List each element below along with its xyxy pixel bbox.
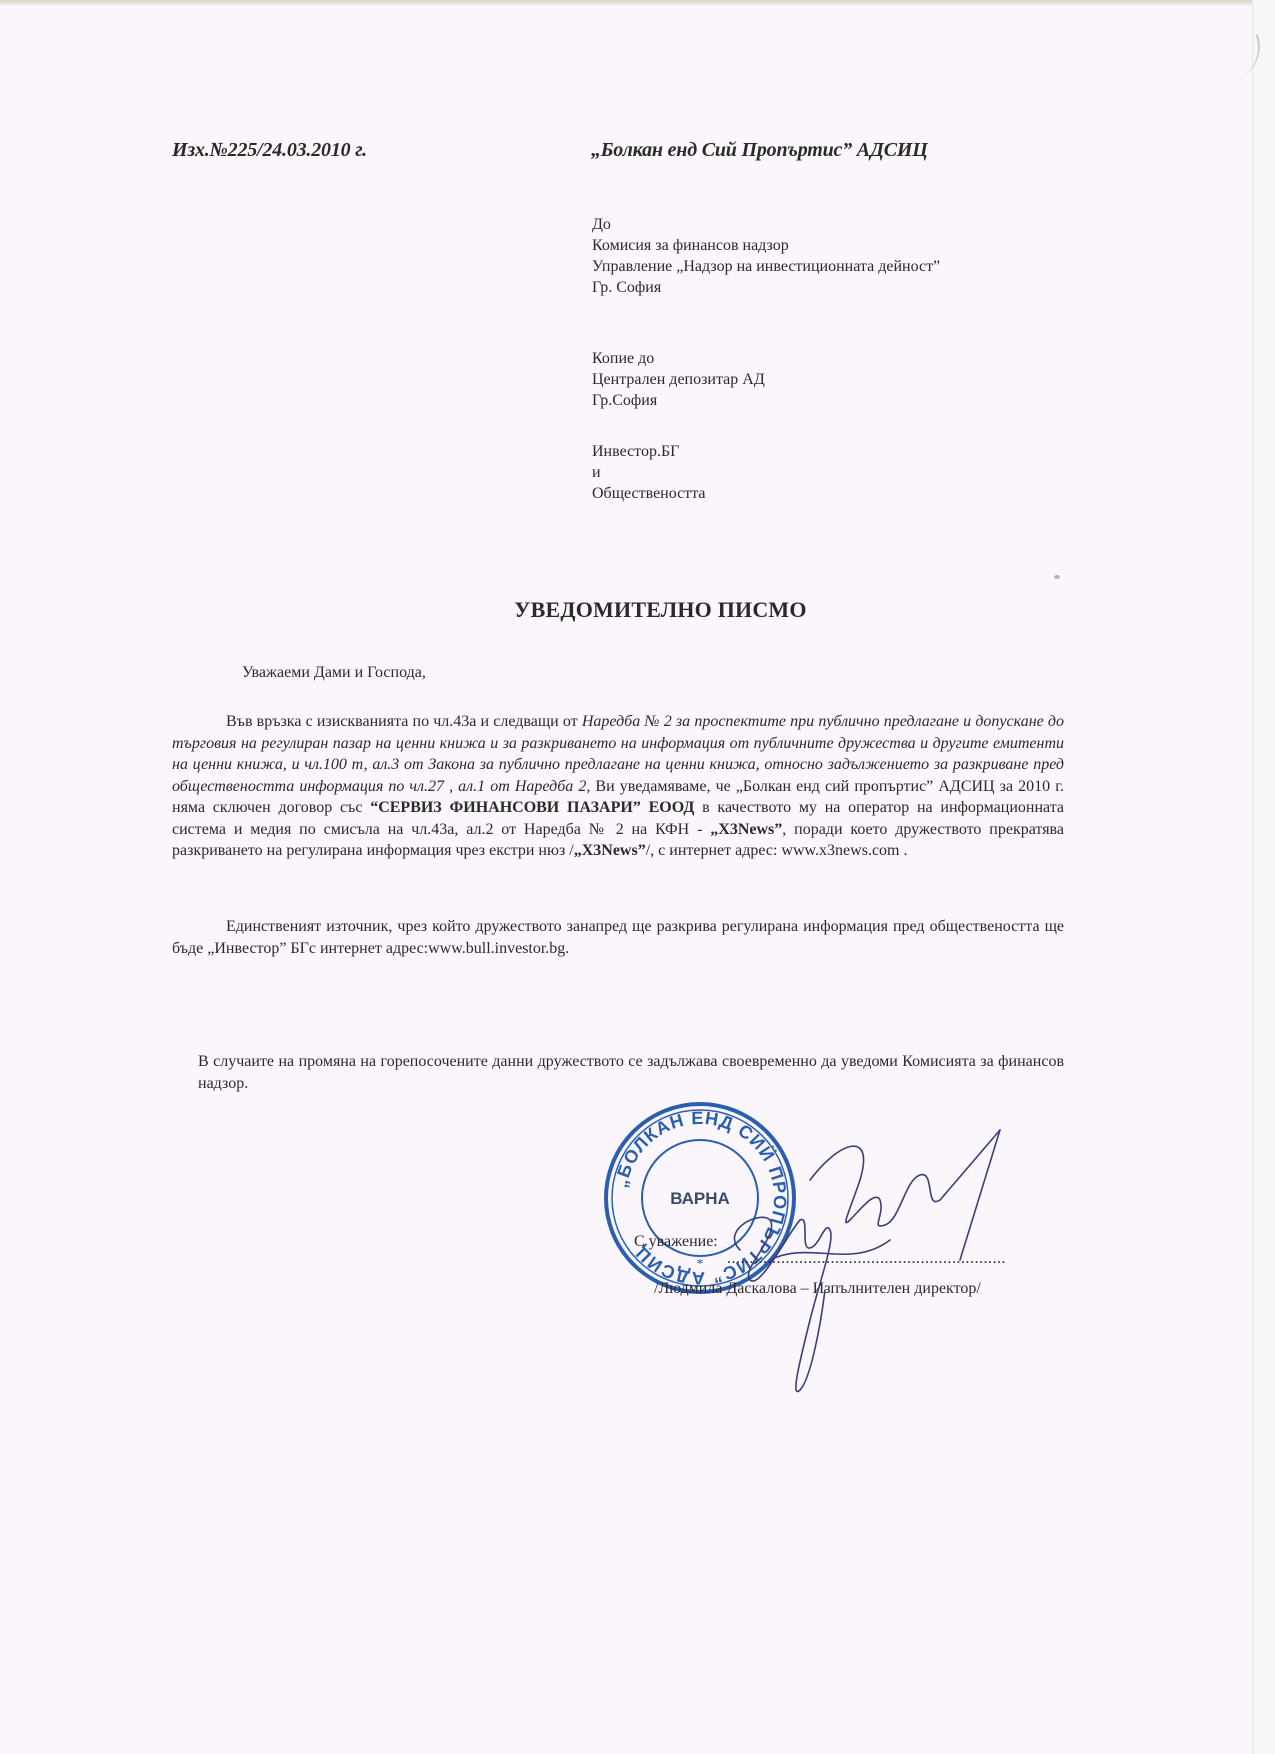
- media-name: „X3News”: [574, 842, 646, 859]
- paragraph-notice: В случаите на промяна на горепосочените …: [198, 1051, 1064, 1094]
- recipient-line: Гр. София: [592, 277, 940, 298]
- paragraph-main: Във връзка с изискванията по чл.43а и сл…: [172, 711, 1064, 862]
- scan-page-edge: [1252, 0, 1275, 1754]
- company-name: „Болкан енд Сий Пропъртис” АДСИЦ: [591, 139, 928, 162]
- recipient-line: До: [592, 214, 940, 235]
- also-line: Инвестор.БГ: [592, 441, 706, 462]
- scan-top-edge: [0, 0, 1275, 6]
- recipient-line: Управление „Надзор на инвестиционната де…: [592, 256, 940, 277]
- paragraph-source: Единственият източник, чрез който дружес…: [172, 916, 1064, 959]
- handwritten-signature: [700, 1120, 1060, 1420]
- also-line: Обществеността: [592, 483, 706, 504]
- copy-to-block: Копие до Централен депозитар АД Гр.София: [592, 348, 765, 411]
- media-name: „X3News”: [710, 821, 782, 838]
- letter-title: УВЕДОМИТЕЛНО ПИСМО: [0, 597, 1275, 623]
- operator-name: “СЕРВИЗ ФИНАНСОВИ ПАЗАРИ” ЕООД: [370, 799, 694, 816]
- recipient-block: До Комисия за финансов надзор Управление…: [592, 214, 940, 298]
- recipient-line: Комисия за финансов надзор: [592, 235, 940, 256]
- copy-line: Централен депозитар АД: [592, 369, 765, 390]
- scan-artifact: [1054, 575, 1060, 579]
- also-to-block: Инвестор.БГ и Обществеността: [592, 441, 706, 504]
- also-line: и: [592, 462, 706, 483]
- salutation: Уважаеми Дами и Господа,: [242, 664, 426, 682]
- copy-line: Гр.София: [592, 390, 765, 411]
- copy-line: Копие до: [592, 348, 765, 369]
- reference-number: Изх.№225/24.03.2010 г.: [172, 139, 367, 162]
